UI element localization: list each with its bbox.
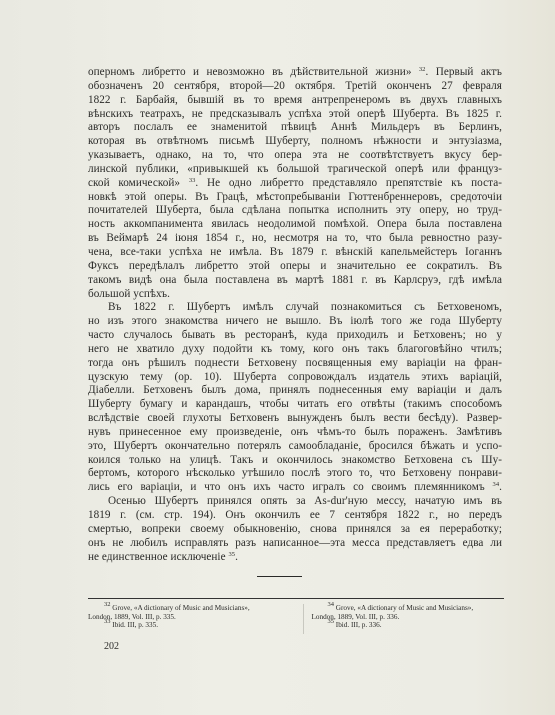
line-text: него не хватило духу подойти къ тому, ко… — [88, 343, 502, 355]
text-line: чена, все-таки успѣха не имѣла. Въ 1879 … — [88, 246, 502, 260]
book-page: оперномъ либретто и невозможно въ дѣйств… — [0, 0, 555, 715]
line-text: такомъ видѣ она была поставлена въ мартѣ… — [88, 274, 502, 286]
footnote-marker: 35 — [328, 618, 335, 625]
line-text: указываетъ, однако, на то, что опера эта… — [88, 149, 502, 161]
line-text: вслѣдствіе своей глухоты Бетховенъ вынуж… — [88, 412, 502, 424]
line-text: коился только на улицѣ. Такъ и окончилос… — [88, 454, 502, 466]
text-line: лись его варіаціи, и что онъ ихъ часто и… — [88, 481, 502, 495]
line-text: Фуксъ передѣлалъ либретто этой оперы и з… — [88, 260, 502, 272]
line-text: тогда онъ рѣшилъ поднести Бетховену посв… — [88, 357, 502, 369]
text-line: бертомъ, которого нѣсколько утѣшило посл… — [88, 467, 502, 481]
text-line: оперномъ либретто и невозможно въ дѣйств… — [88, 66, 502, 80]
text-line: Діабелли. Бетховенъ былъ дома, принялъ п… — [88, 384, 502, 398]
text-line: въ Веймарѣ 24 іюня 1854 г., но, несмотря… — [88, 232, 502, 246]
footnote-text: Ibid. III, p. 335. — [112, 621, 158, 629]
footnotes-right-column: 34 Grove, «A dictionary of Music and Mus… — [312, 604, 505, 634]
text-line: линской публики, «привыкшей къ большой т… — [88, 163, 502, 177]
line-text-continued: . Первый актъ — [425, 66, 502, 78]
footnote: London, 1889, Vol. III, p. 336. — [312, 613, 505, 622]
line-text: часто случалось бывать въ ресторанѣ, куд… — [88, 329, 502, 341]
text-line: обозначенъ 20 сентября, второй—20 октябр… — [88, 80, 502, 94]
page-number: 202 — [104, 641, 119, 652]
text-line: Фуксъ передѣлалъ либретто этой оперы и з… — [88, 260, 502, 274]
line-text: большой успѣхъ. — [88, 288, 170, 300]
line-text: новкѣ этой оперы. Въ Грацѣ, мѣстопребыва… — [88, 191, 502, 203]
text-line: но изъ этого знакомства ничего не вышло.… — [88, 315, 502, 329]
text-line: такомъ видѣ она была поставлена въ мартѣ… — [88, 274, 502, 288]
text-line: ность аккомпанимента явилась неодолимой … — [88, 218, 502, 232]
footnote-marker: 34 — [328, 601, 335, 608]
line-text: почитателей Шуберта, была сдѣлана попытк… — [88, 204, 502, 216]
footnote: London, 1889, Vol. III, p. 335. — [88, 613, 281, 622]
text-line: указываетъ, однако, на то, что опера эта… — [88, 149, 502, 163]
text-line: авторъ послалъ ее знаменитой пѣвицѣ Аннѣ… — [88, 121, 502, 135]
footnote: 34 Grove, «A dictionary of Music and Mus… — [312, 604, 505, 613]
footnote-column-separator — [303, 604, 304, 634]
text-line: Въ 1822 г. Шубертъ имѣлъ случай познаком… — [88, 301, 502, 315]
text-line: коился только на улицѣ. Такъ и окончилос… — [88, 454, 502, 468]
text-line: большой успѣхъ. — [88, 288, 502, 302]
footnote-marker: 33 — [104, 618, 111, 625]
line-text: смертью, вопреки своему обыкновенію, сно… — [88, 523, 502, 535]
footnote-text: Grove, «A dictionary of Music and Musici… — [112, 604, 249, 612]
footnote-text: Ibid. III, p. 336. — [336, 621, 382, 629]
line-text: авторъ послалъ ее знаменитой пѣвицѣ Аннѣ… — [88, 121, 502, 133]
line-text: бертомъ, которого нѣсколько утѣшило посл… — [88, 467, 502, 479]
line-text-continued: . — [235, 551, 238, 563]
text-line: тогда онъ рѣшилъ поднести Бетховену посв… — [88, 357, 502, 371]
line-text: Діабелли. Бетховенъ былъ дома, принялъ п… — [88, 384, 502, 396]
line-text: нувъ принесенное ему произведеніе, онъ ч… — [88, 426, 502, 438]
footnote-rule — [88, 598, 504, 599]
line-text: Осенью Шубертъ принялся опять за As-dur'… — [108, 495, 502, 507]
line-text: онъ не любилъ исправлять разъ написанное… — [88, 537, 502, 549]
text-line: 1822 г. Барбайя, бывшій въ то время антр… — [88, 94, 502, 108]
line-text: обозначенъ 20 сентября, второй—20 октябр… — [88, 80, 502, 92]
footnote: 33 Ibid. III, p. 335. — [88, 621, 281, 630]
line-text: 1819 г. (см. стр. 194). Онъ окончилъ ее … — [88, 509, 502, 521]
line-text: чена, все-таки успѣха не имѣла. Въ 1879 … — [88, 246, 502, 258]
text-line: которая въ отвѣтномъ письмѣ Шуберту, пол… — [88, 135, 502, 149]
footnote-text: London, 1889, Vol. III, p. 336. — [312, 613, 400, 621]
line-text: ской комической» — [88, 177, 189, 189]
text-line: нувъ принесенное ему произведеніе, онъ ч… — [88, 426, 502, 440]
text-line: Осенью Шубертъ принялся опять за As-dur'… — [88, 495, 502, 509]
line-text-continued: . Не одно либретто представляло препятст… — [195, 177, 502, 189]
footnote: 32 Grove, «A dictionary of Music and Mus… — [88, 604, 281, 613]
text-line: ской комической» 33. Не одно либретто пр… — [88, 177, 502, 191]
text-line: новкѣ этой оперы. Въ Грацѣ, мѣстопребыва… — [88, 191, 502, 205]
footnote-text: Grove, «A dictionary of Music and Musici… — [336, 604, 473, 612]
line-text: которая въ отвѣтномъ письмѣ Шуберту, пол… — [88, 135, 502, 147]
text-line: почитателей Шуберта, была сдѣлана попытк… — [88, 204, 502, 218]
text-line: не единственное исключеніе 35. — [88, 551, 502, 565]
text-line: Шуберту бумагу и карандашъ, чтобы читать… — [88, 398, 502, 412]
line-text: оперномъ либретто и невозможно въ дѣйств… — [88, 66, 419, 78]
text-line: это, Шубертъ окончательно потерялъ самоо… — [88, 440, 502, 454]
line-text: цузскую тему (op. 10). Шуберта сопровожд… — [88, 371, 502, 383]
line-text: ность аккомпанимента явилась неодолимой … — [88, 218, 502, 230]
line-text: вѣнскихъ театрахъ, не предсказывалъ успѣ… — [88, 108, 502, 120]
text-line: вслѣдствіе своей глухоты Бетховенъ вынуж… — [88, 412, 502, 426]
footnotes: 32 Grove, «A dictionary of Music and Mus… — [88, 604, 504, 634]
line-text-continued: . — [499, 481, 502, 493]
line-text: не единственное исключеніе — [88, 551, 228, 563]
text-line: 1819 г. (см. стр. 194). Онъ окончилъ ее … — [88, 509, 502, 523]
text-line: онъ не любилъ исправлять разъ написанное… — [88, 537, 502, 551]
line-text: линской публики, «привыкшей къ большой т… — [88, 163, 502, 175]
text-line: смертью, вопреки своему обыкновенію, сно… — [88, 523, 502, 537]
line-text: это, Шубертъ окончательно потерялъ самоо… — [88, 440, 502, 452]
line-text: 1822 г. Барбайя, бывшій въ то время антр… — [88, 94, 502, 106]
text-line: цузскую тему (op. 10). Шуберта сопровожд… — [88, 371, 502, 385]
footnote: 35 Ibid. III, p. 336. — [312, 621, 505, 630]
line-text: Шуберту бумагу и карандашъ, чтобы читать… — [88, 398, 502, 410]
line-text: но изъ этого знакомства ничего не вышло.… — [88, 315, 502, 327]
line-text: въ Веймарѣ 24 іюня 1854 г., но, несмотря… — [88, 232, 502, 244]
body-text: оперномъ либретто и невозможно въ дѣйств… — [88, 66, 502, 564]
text-line: вѣнскихъ театрахъ, не предсказывалъ успѣ… — [88, 108, 502, 122]
footnote-marker: 32 — [104, 601, 111, 608]
text-line: часто случалось бывать въ ресторанѣ, куд… — [88, 329, 502, 343]
line-text: лись его варіаціи, и что онъ ихъ часто и… — [88, 481, 493, 493]
text-line: него не хватило духу подойти къ тому, ко… — [88, 343, 502, 357]
footnote-text: London, 1889, Vol. III, p. 335. — [88, 613, 176, 621]
section-divider — [257, 576, 302, 577]
footnotes-left-column: 32 Grove, «A dictionary of Music and Mus… — [88, 604, 295, 634]
line-text: Въ 1822 г. Шубертъ имѣлъ случай познаком… — [108, 301, 502, 313]
